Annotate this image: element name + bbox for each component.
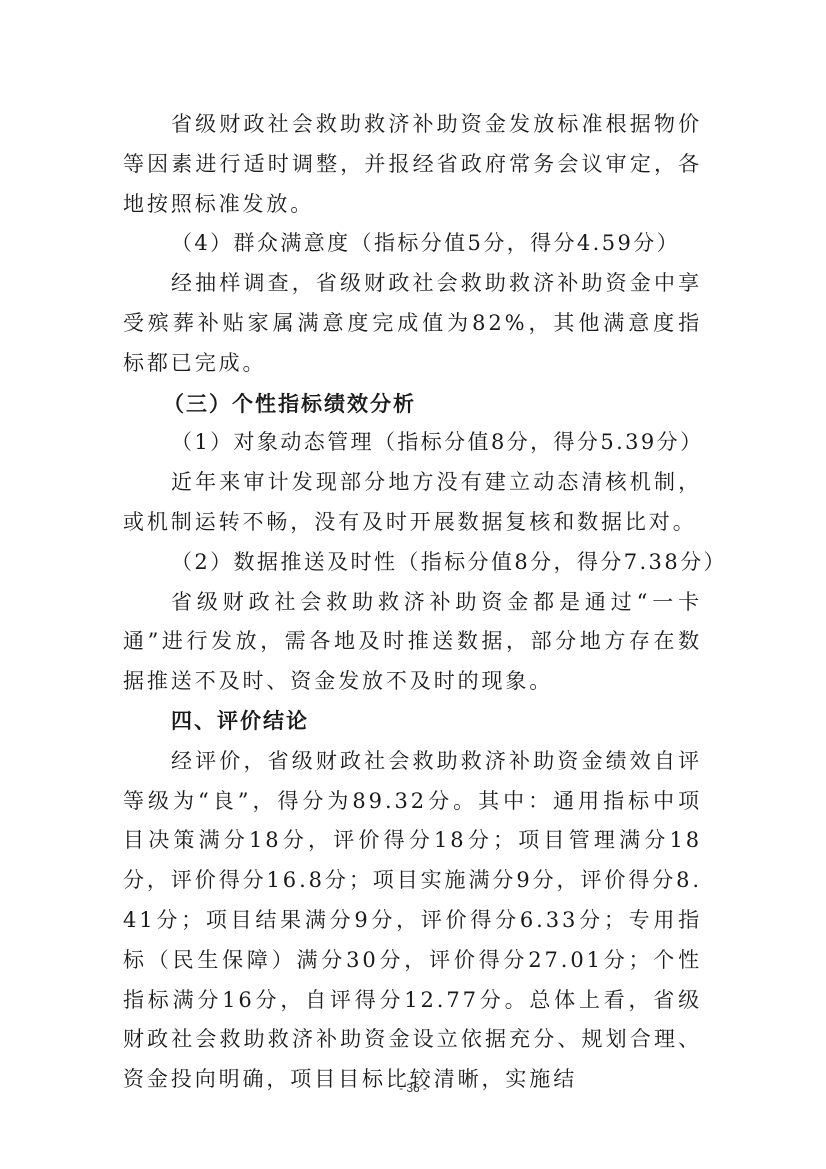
section-heading-individual-indicators: （三）个性指标绩效分析 [123,384,702,424]
paragraph-one-card-payment: 省级财政社会救助救济补助资金都是通过“一卡通”进行发放，需各地及时推送数据，部分… [123,583,702,702]
chapter-heading-evaluation-conclusion: 四、评价结论 [123,702,702,742]
paragraph-price-adjustment: 省级财政社会救助救济补助资金发放标准根据物价等因素进行适时调整，并报经省政府常务… [123,105,702,224]
paragraph-satisfaction-survey: 经抽样调查，省级财政社会救助救济补助资金中享受殡葬补贴家属满意度完成值为82%，… [123,264,702,383]
subheading-data-timeliness: （2）数据推送及时性（指标分值8分，得分7.38分） [123,543,702,583]
subheading-public-satisfaction: （4）群众满意度（指标分值5分，得分4.59分） [123,224,702,264]
subheading-dynamic-management: （1）对象动态管理（指标分值8分，得分5.39分） [123,423,702,463]
page-number: - 36 - [0,1081,826,1095]
paragraph-audit-findings: 近年来审计发现部分地方没有建立动态清核机制，或机制运转不畅，没有及时开展数据复核… [123,463,702,543]
document-page: 省级财政社会救助救济补助资金发放标准根据物价等因素进行适时调整，并报经省政府常务… [123,105,702,1100]
paragraph-evaluation-summary: 经评价，省级财政社会救助救济补助资金绩效自评等级为“良”，得分为89.32分。其… [123,742,702,1100]
